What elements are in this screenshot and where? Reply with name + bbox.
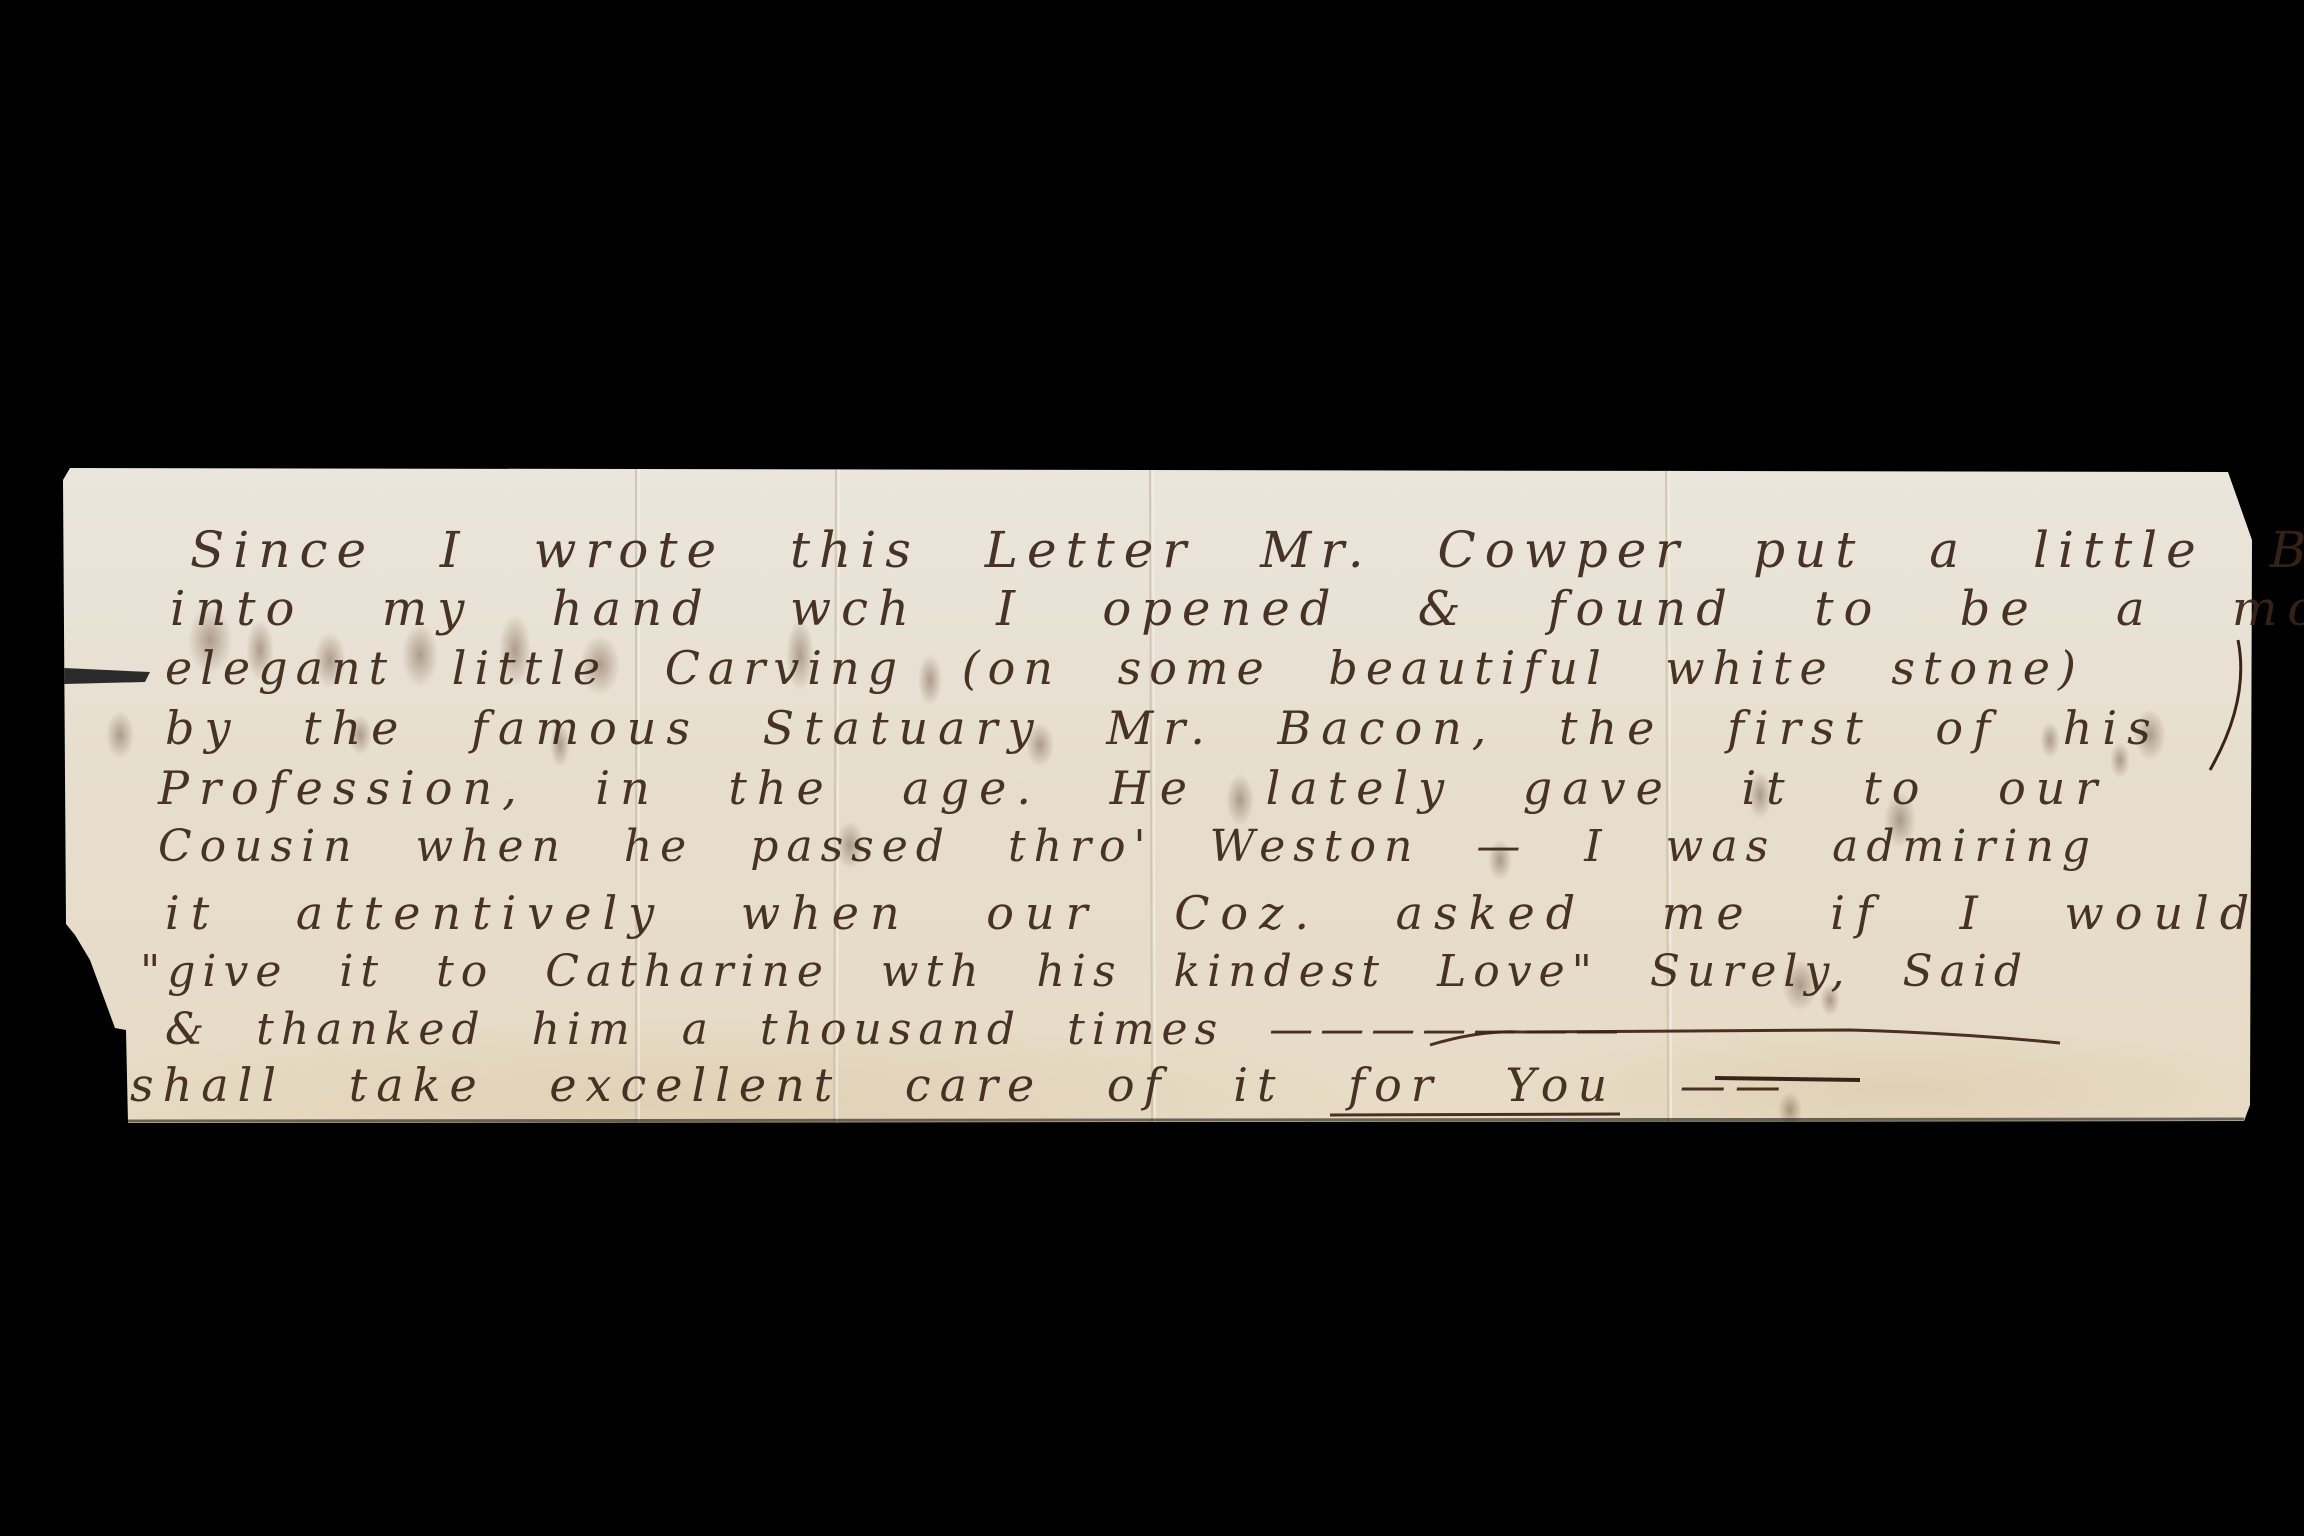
letter-line-7: it attentively when our Coz. asked me if… — [165, 890, 2260, 936]
letter-line-2: into my hand wch I opened & found to be … — [170, 585, 2304, 633]
letter-line-1: Since I wrote this Letter Mr. Cowper put… — [190, 525, 2304, 575]
letter-photograph: Since I wrote this Letter Mr. Cowper put… — [0, 0, 2304, 1536]
letter-line-10: shall take excellent care of it for You … — [130, 1062, 1790, 1108]
letter-line-9: & thanked him a thousand times ——————— — [165, 1008, 1626, 1052]
letter-line-4: by the famous Statuary Mr. Bacon, the fi… — [165, 705, 2161, 751]
letter-line-8: "give it to Catharine wth his kindest Lo… — [140, 950, 2029, 994]
letter-line-6: Cousin when he passed thro' Weston — I w… — [158, 825, 2098, 869]
letter-line-3: elegant little Carving (on some beautifu… — [165, 645, 2084, 691]
letter-line-5: Profession, in the age. He lately gave i… — [158, 765, 2107, 811]
